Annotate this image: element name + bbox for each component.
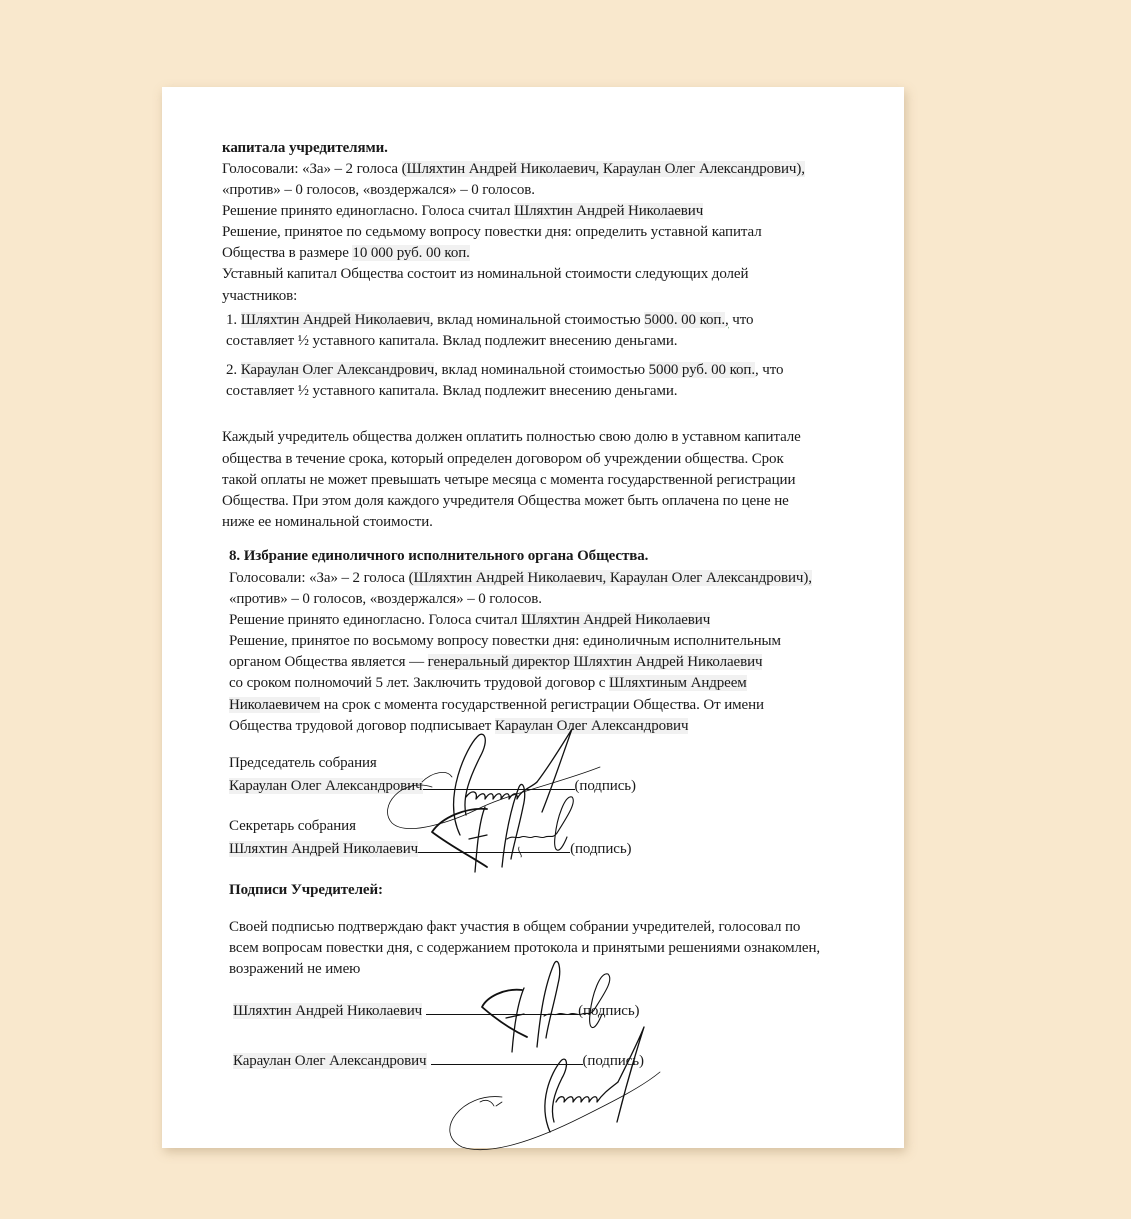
founder-1-signature-row: Шляхтин Андрей Николаевич(подпись) (233, 1000, 639, 1020)
s7-composition-line-1: Уставный капитал Общества состоит из ном… (222, 265, 748, 283)
decision-prefix: Решение принято единогласно. Голоса счит… (229, 612, 521, 628)
s7-decision-line: Решение принято единогласно. Голоса счит… (222, 202, 703, 220)
secretary-signature-line (418, 838, 570, 853)
founder-2-signature-row: Караулан Олег Александрович(подпись) (233, 1050, 644, 1070)
vote-prefix: Голосовали: «За» – 2 голоса (229, 570, 409, 586)
s8-resolution-line-5: Общества трудовой договор подписывает Ка… (229, 717, 688, 735)
s8-vote-line: Голосовали: «За» – 2 голоса (Шляхтин Анд… (229, 569, 812, 587)
share-text-tail: , что (755, 362, 783, 378)
chairman-signature-row: Караулан Олег Александрович(подпись) (229, 775, 636, 795)
share-number: 2. (226, 362, 241, 378)
signature-label: (подпись) (570, 841, 631, 857)
payment-paragraph-line: ниже ее номинальной стоимости. (222, 513, 433, 531)
founders-heading: Подписи Учредителей: (229, 881, 383, 899)
s7-composition-line-2: участников: (222, 287, 297, 305)
founders-statement-line: всем вопросам повестки дня, с содержание… (229, 939, 820, 957)
s8-resolution-line-4: Николаевичем на срок с момента государст… (229, 696, 764, 714)
founders-statement-line: Своей подписью подтверждаю факт участия … (229, 918, 800, 936)
resolution-text: на срок с момента государственной регист… (320, 697, 764, 713)
chairman-name: Караулан Олег Александрович (229, 778, 423, 794)
share-holder-name: Караулан Олег Александрович (241, 362, 435, 378)
s8-resolution-line-2: органом Общества является — генеральный … (229, 653, 762, 671)
s7-against-line: «против» – 0 голосов, «воздержался» – 0 … (222, 181, 535, 199)
signature-label: (подпись) (575, 778, 636, 794)
document-page: капитала учредителями. Голосовали: «За» … (162, 87, 904, 1148)
founder-1-signature-line (426, 1000, 578, 1015)
founder-1-name: Шляхтин Андрей Николаевич (233, 1003, 422, 1019)
vote-names: (Шляхтин Андрей Николаевич, Караулан Оле… (402, 161, 805, 177)
share-item-2: 2. Караулан Олег Александрович, вклад но… (226, 361, 783, 379)
s8-resolution-line-3: со сроком полномочий 5 лет. Заключить тр… (229, 674, 747, 692)
director-name-instrumental: Шляхтиным Андреем (609, 675, 747, 691)
contract-signer-name: Караулан Олег Александрович (495, 718, 689, 734)
share-amount: 5000. 00 коп. (644, 312, 725, 328)
capital-amount: 10 000 руб. 00 коп. (352, 245, 469, 261)
payment-paragraph-line: такой оплаты не может превышать четыре м… (222, 471, 795, 489)
s7-resolution-line-1: Решение, принятое по седьмому вопросу по… (222, 223, 762, 241)
share-item-1: 1. Шляхтин Андрей Николаевич, вклад номи… (226, 311, 753, 329)
resolution-text: Общества трудовой договор подписывает (229, 718, 495, 734)
director-name-instrumental: Николаевичем (229, 697, 320, 713)
s7-vote-line: Голосовали: «За» – 2 голоса (Шляхтин Анд… (222, 160, 805, 178)
share-amount: 5000 руб. 00 коп. (649, 362, 755, 378)
payment-paragraph-line: общества в течение срока, который опреде… (222, 450, 784, 468)
payment-paragraph-line: Общества. При этом доля каждого учредите… (222, 492, 789, 510)
share-item-2-line-2: составляет ½ уставного капитала. Вклад п… (226, 382, 677, 400)
founder-2-name: Караулан Олег Александрович (233, 1053, 427, 1069)
share-number: 1. (226, 312, 241, 328)
secretary-name: Шляхтин Андрей Николаевич (229, 841, 418, 857)
share-text: , вклад номинальной стоимостью (430, 312, 644, 328)
s8-decision-line: Решение принято единогласно. Голоса счит… (229, 611, 710, 629)
s8-against-line: «против» – 0 голосов, «воздержался» – 0 … (229, 590, 542, 608)
vote-prefix: Голосовали: «За» – 2 голоса (222, 161, 402, 177)
chairman-signature-line (423, 775, 575, 790)
resolution-prefix: Общества в размере (222, 245, 352, 261)
section-7-heading-tail: капитала учредителями. (222, 139, 388, 157)
share-text-tail: что (729, 312, 754, 328)
share-holder-name: Шляхтин Андрей Николаевич (241, 312, 430, 328)
vote-counter-name: Шляхтин Андрей Николаевич (514, 203, 703, 219)
share-item-1-line-2: составляет ½ уставного капитала. Вклад п… (226, 332, 677, 350)
resolution-text: со сроком полномочий 5 лет. Заключить тр… (229, 675, 609, 691)
s8-resolution-line-1: Решение, принятое по восьмому вопросу по… (229, 632, 781, 650)
secretary-signature-row: Шляхтин Андрей Николаевич(подпись) (229, 838, 631, 858)
section-8-heading: 8. Избрание единоличного исполнительного… (229, 547, 648, 565)
founder-2-signature-line (431, 1050, 583, 1065)
vote-names: (Шляхтин Андрей Николаевич, Караулан Оле… (409, 570, 812, 586)
s7-resolution-line-2: Общества в размере 10 000 руб. 00 коп. (222, 244, 470, 262)
share-text: , вклад номинальной стоимостью (434, 362, 648, 378)
resolution-prefix: органом Общества является — (229, 654, 428, 670)
director-name: генеральный директор Шляхтин Андрей Нико… (428, 654, 763, 670)
signature-label: (подпись) (583, 1053, 644, 1069)
chairman-title: Председатель собрания (229, 754, 377, 772)
signature-label: (подпись) (578, 1003, 639, 1019)
secretary-title: Секретарь собрания (229, 817, 356, 835)
vote-counter-name: Шляхтин Андрей Николаевич (521, 612, 710, 628)
founders-statement-line: возражений не имею (229, 960, 360, 978)
payment-paragraph-line: Каждый учредитель общества должен оплати… (222, 428, 801, 446)
decision-prefix: Решение принято единогласно. Голоса счит… (222, 203, 514, 219)
